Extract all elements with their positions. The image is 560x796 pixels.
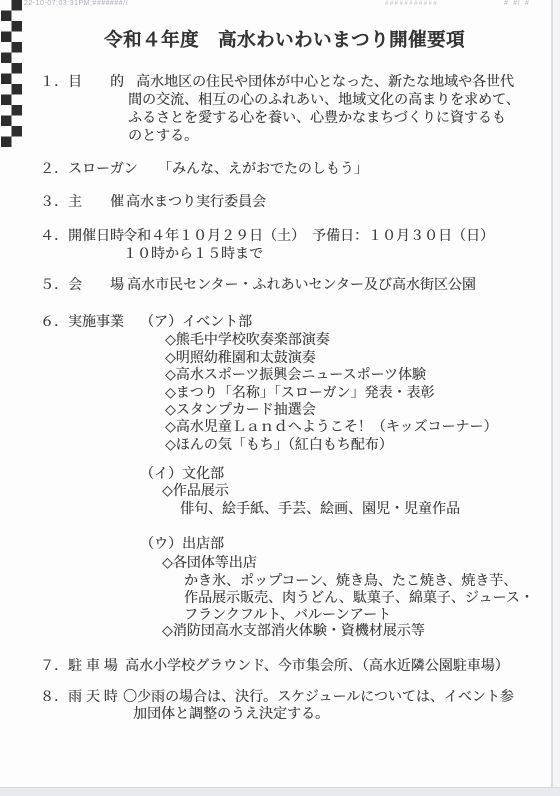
- scanned-document-page: 22-10-07;03:31PM;#######// ########### #…: [0, 0, 560, 796]
- event-item-6: ◇高水児童Ｌａｎｄへようこそ！（キッズコーナー）: [165, 417, 498, 435]
- stalls-item-1: ◇各団体等出店: [162, 553, 257, 571]
- event-item-7: ◇ほんの気「もち」（紅白もち配布）: [165, 435, 393, 453]
- event-item-4: ◇まつり「名称」「スローガン」発表・表彰: [165, 383, 435, 401]
- section-rain-label: ８．雨 天 時: [40, 687, 118, 705]
- purpose-line-1: 高水地区の住民や団体が中心となった、新たな地域や各世代: [136, 72, 514, 90]
- fax-calibration-checkerboard: [1, 0, 22, 147]
- event-item-2: ◇明照幼稚園和太鼓演奏: [165, 348, 316, 366]
- group-event-heading: （ア）イベント部: [140, 312, 252, 330]
- event-item-5: ◇スタンプカード抽選会: [165, 400, 316, 418]
- section-venue-label: ５．会 場: [40, 275, 124, 293]
- culture-item-1: ◇作品展示: [162, 481, 229, 499]
- datetime-line-2: １０時から１５時まで: [123, 244, 263, 262]
- group-culture-heading: （イ）文化部: [140, 464, 224, 482]
- culture-detail-1: 俳句、絵手紙、手芸、絵画、園児・児童作品: [180, 499, 460, 517]
- purpose-line-2: 間の交流、相互の心のふれあい、地域文化の高まりを求めて、: [128, 90, 520, 108]
- stalls-detail-1: かき氷、ポップコーン、焼き鳥、たこ焼き、焼き芋、: [184, 571, 517, 589]
- section-programs-label: ６．実施事業: [40, 312, 124, 330]
- section-purpose-label: １．目 的: [40, 72, 124, 90]
- fax-timestamp: 22-10-07;03:31PM;#######//: [24, 0, 128, 7]
- event-item-1: ◇熊毛中学校吹奏楽部演奏: [165, 330, 330, 348]
- page-edge-right-margin: [553, 0, 560, 788]
- stalls-item-2: ◇消防団高水支部消火体験・資機材展示等: [162, 621, 425, 639]
- slogan-text: 「みんな、えがおでたのしもう」: [158, 159, 368, 177]
- rain-line-2: 加団体と調整のうえ決定する。: [133, 704, 329, 722]
- parking-text: 高水小学校グラウンド、今市集会所、（高水近隣公園駐車場）: [125, 656, 509, 674]
- purpose-line-4: のとする。: [128, 126, 198, 144]
- section-organizer-label: ３．主 催: [40, 192, 124, 210]
- datetime-line-1: 令和４年１０月２９日（土） 予備日：１０月３０日（日）: [123, 226, 494, 244]
- fax-page-counter: # #/ #: [504, 0, 529, 7]
- document-title: 令和４年度 高水わいわいまつり開催要項: [104, 31, 465, 49]
- stalls-detail-2: 作品展示販売、肉うどん、駄菓子、綿菓子、ジュース・: [184, 588, 534, 606]
- page-edge-bottom: [0, 787, 560, 796]
- purpose-line-3: ふるさとを愛する心を養い、心豊かなまちづくりに資するも: [128, 108, 506, 126]
- group-stalls-heading: （ウ）出店部: [140, 534, 224, 552]
- page-edge-right-line: [551, 0, 553, 788]
- venue-text: 高水市民センター・ふれあいセンター及び高水街区公園: [127, 275, 476, 293]
- rain-line-1: 〇少雨の場合は、決行。スケジュールについては、イベント参: [123, 687, 514, 705]
- section-datetime-label: ４．開催日時: [40, 226, 124, 244]
- fax-header-marks: ###########: [385, 1, 438, 7]
- section-parking-label: ７．駐 車 場: [40, 656, 118, 674]
- section-slogan-label: ２．スローガン: [40, 159, 138, 177]
- event-item-3: ◇高水スポーツ振興会ニュースポーツ体験: [165, 365, 426, 383]
- organizer-text: 高水まつり実行委員会: [126, 192, 266, 210]
